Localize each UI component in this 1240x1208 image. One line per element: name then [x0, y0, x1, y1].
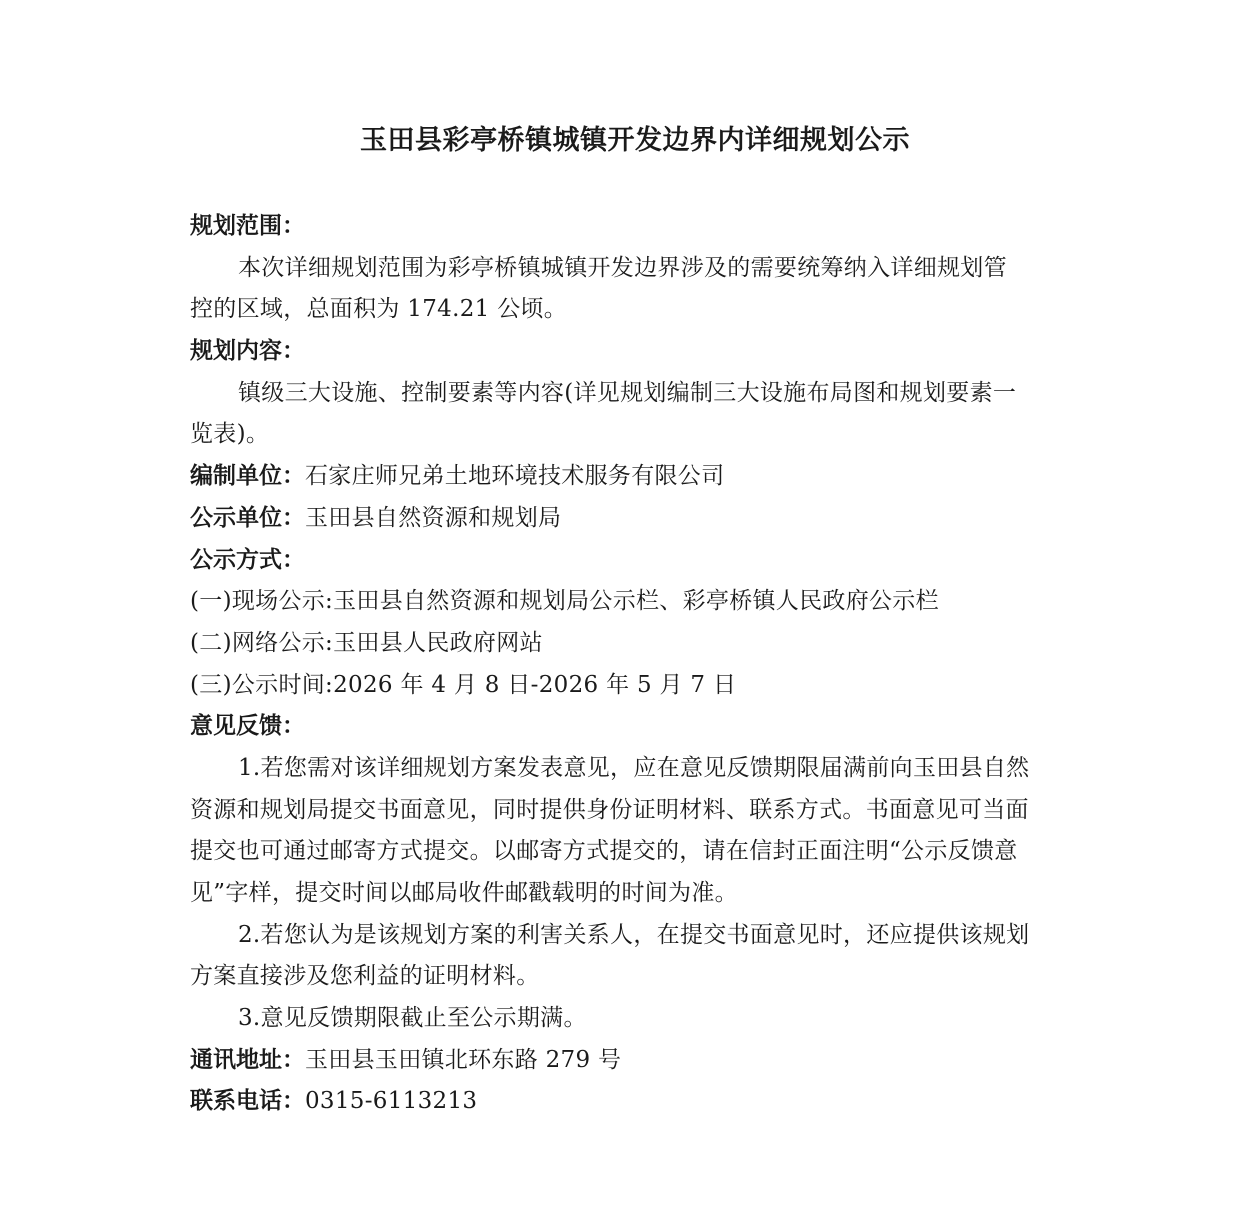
- method-heading: 公示方式：: [190, 540, 1080, 582]
- document-body: 规划范围： 本次详细规划范围为彩亭桥镇城镇开发边界涉及的需要统筹纳入详细规划管 …: [190, 206, 1080, 1123]
- content-heading: 规划内容：: [190, 331, 1080, 373]
- feedback-item2-line-2: 方案直接涉及您利益的证明材料。: [190, 956, 1080, 998]
- phone-label: 联系电话：: [190, 1088, 305, 1114]
- compiler-row: 编制单位：石家庄师兄弟土地环境技术服务有限公司: [190, 456, 1080, 498]
- method-item-onsite: (一)现场公示:玉田县自然资源和规划局公示栏、彩亭桥镇人民政府公示栏: [190, 581, 1080, 623]
- method-item-online: (二)网络公示:玉田县人民政府网站: [190, 623, 1080, 665]
- scope-line-1: 本次详细规划范围为彩亭桥镇城镇开发边界涉及的需要统筹纳入详细规划管: [190, 248, 1080, 290]
- feedback-item1-line-1: 1.若您需对该详细规划方案发表意见，应在意见反馈期限届满前向玉田县自然: [190, 748, 1080, 790]
- scope-line-2: 控的区域，总面积为 174.21 公顷。: [190, 289, 1080, 331]
- publisher-value: 玉田县自然资源和规划局: [305, 505, 561, 531]
- document-title: 玉田县彩亭桥镇城镇开发边界内详细规划公示: [190, 120, 1080, 162]
- compiler-label: 编制单位：: [190, 463, 305, 489]
- compiler-value: 石家庄师兄弟土地环境技术服务有限公司: [305, 463, 724, 489]
- publisher-label: 公示单位：: [190, 505, 305, 531]
- feedback-heading: 意见反馈：: [190, 706, 1080, 748]
- content-line-1: 镇级三大设施、控制要素等内容(详见规划编制三大设施布局图和规划要素一: [190, 373, 1080, 415]
- method-item-period: (三)公示时间:2026 年 4 月 8 日-2026 年 5 月 7 日: [190, 665, 1080, 707]
- feedback-item1-line-2: 资源和规划局提交书面意见，同时提供身份证明材料、联系方式。书面意见可当面: [190, 790, 1080, 832]
- phone-value: 0315-6113213: [305, 1088, 477, 1114]
- feedback-item1-line-4: 见”字样，提交时间以邮局收件邮戳载明的时间为准。: [190, 873, 1080, 915]
- phone-row: 联系电话：0315-6113213: [190, 1081, 1080, 1123]
- publisher-row: 公示单位：玉田县自然资源和规划局: [190, 498, 1080, 540]
- scope-heading: 规划范围：: [190, 206, 1080, 248]
- content-line-2: 览表)。: [190, 414, 1080, 456]
- feedback-item1-line-3: 提交也可通过邮寄方式提交。以邮寄方式提交的，请在信封正面注明“公示反馈意: [190, 831, 1080, 873]
- feedback-item3-line-1: 3.意见反馈期限截止至公示期满。: [190, 998, 1080, 1040]
- address-value: 玉田县玉田镇北环东路 279 号: [305, 1047, 621, 1073]
- address-label: 通讯地址：: [190, 1047, 305, 1073]
- feedback-item2-line-1: 2.若您认为是该规划方案的利害关系人，在提交书面意见时，还应提供该规划: [190, 915, 1080, 957]
- address-row: 通讯地址：玉田县玉田镇北环东路 279 号: [190, 1040, 1080, 1082]
